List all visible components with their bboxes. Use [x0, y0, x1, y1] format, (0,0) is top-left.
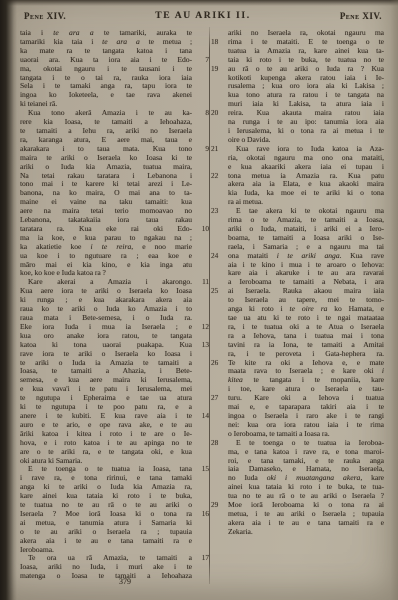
- verse-text: reira. Kua akauta maira ratou iaia: [228, 109, 384, 118]
- verse-text: ariki o Iuda kia Amazia, tuatua maira,: [20, 163, 192, 172]
- verse-text: Ioasa, te tamaiti a Ahazia, i Bete-: [20, 367, 192, 376]
- text-line: ariki no Iseraela ra, okotai ngauru ma: [211, 29, 384, 38]
- verse-text: kua tono atura ra ratou i te tangata na: [228, 91, 384, 100]
- verse-text: anga ki roto i te oire ra ko Hamata, e: [228, 305, 384, 314]
- verse-text: ariki o Iuda, mataiti, i ariki ei a Iero…: [228, 225, 384, 234]
- verse-text: a Ieroboama te tamaiti a Nebata, i ara: [228, 278, 384, 287]
- verse-text: oire o Davida.: [228, 136, 384, 145]
- verse-number: [194, 528, 209, 537]
- verse-text: koe, ko koe e Iuda katoa ra ?: [20, 269, 192, 278]
- verse-number: [194, 439, 209, 448]
- verse-number: [194, 29, 209, 38]
- text-line: māro mai ei kia kino, e kia inga atu: [20, 261, 209, 270]
- verse-text: rima i te mataiti. E te toenga o te: [228, 38, 384, 47]
- text-line: raua mata i Bete-semesa, i o Iuda ra.: [20, 314, 209, 323]
- text-line: maine ei vaine na taku tamaiti: kua: [20, 198, 209, 207]
- verse-number: [194, 38, 209, 47]
- verse-text: te tamaiti a Iehu ra, ariki no Iseraela: [20, 127, 192, 136]
- verse-text: Eke iora Iuda i mua ia Iseraela ; e: [20, 323, 192, 332]
- text-line: anga ki te ariki o Iuda kia Amazia ra,: [20, 483, 209, 492]
- text-line: kua tono atura ra ratou i te tangata na: [211, 91, 384, 100]
- verse-text: Kua rave iora to Iuda katoa ia Aza-: [228, 145, 384, 154]
- text-line: banona, na ko maira, O mai ana to ta-: [20, 189, 209, 198]
- verse-text: aere na maira tetai terio momoavao no: [20, 207, 192, 216]
- verse-text: ka mate ra te tangata katoa i tana: [20, 47, 192, 56]
- verse-number: 8: [194, 109, 209, 118]
- verse-text: tona metua ia Amazia ra. Kua patu: [228, 172, 384, 181]
- verse-number: [194, 65, 209, 74]
- verse-text: kare ainei kua tataia ki roto i te buka,: [20, 492, 192, 501]
- page-number: 379: [103, 577, 147, 586]
- verse-text: Kare akerai a Amazia i akarongo.: [20, 278, 192, 287]
- text-line: ra, karanga atura, E aere mai, taua e: [20, 136, 209, 145]
- verse-number: 7: [194, 56, 209, 65]
- text-line: auro e te ario, e ope rava ake, e te au: [20, 421, 209, 430]
- verse-text: te ngutupa i Epheraima e tae ua atura: [20, 394, 192, 403]
- text-line: muri iaia ki Lakisa, ta atura iaia i: [211, 100, 384, 109]
- verse-text: tua no te au rā o te au ariki o Iseraela…: [228, 492, 384, 501]
- verse-text: rusalema ; kua oro iora aia ki Lakisa ;: [228, 82, 384, 91]
- text-line: 18rima i te mataiti. E te toenga o te: [211, 38, 384, 47]
- text-line: tuatua ia Amazia ra, kare ainei kua ta-: [211, 47, 384, 56]
- verse-text: rave iora te ariki o Iseraela ko Ioasa i: [20, 350, 192, 359]
- text-line: rave iora te ariki o Iseraela ko Ioasa i: [20, 350, 209, 359]
- text-line: e kua akaariki akera iaia ei tupau i: [211, 163, 384, 172]
- verse-text: ki teianei rā.: [20, 100, 192, 109]
- verse-number: [211, 341, 226, 350]
- text-line: ingoa ko Ioketeela, e tae rava akenei: [20, 91, 209, 100]
- verse-number: [194, 189, 209, 198]
- text-line: akera aia ia Elata, e kua akaoki maira: [211, 180, 384, 189]
- text-line: ma, okotai ngauru i te tausani i te: [20, 65, 209, 74]
- verse-number: [194, 376, 209, 385]
- verse-number: [194, 572, 209, 581]
- verse-text: Lebanona, takatakaiia iora taua rakau: [20, 216, 192, 225]
- text-line: te ngutupa i Epheraima e tae ua atura: [20, 394, 209, 403]
- verse-number: [211, 296, 226, 305]
- verse-number: [194, 82, 209, 91]
- verse-text: no Iuda oki i muatangana akera, kare: [228, 474, 384, 483]
- verse-number: [211, 127, 226, 136]
- verse-number: [194, 421, 209, 430]
- text-line: Eke iora Iuda i mua ia Iseraela ; e12: [20, 323, 209, 332]
- verse-text: ma ia koe, e kua parau to ngakau na ;: [20, 234, 192, 243]
- verse-number: 21: [211, 145, 226, 154]
- verse-number: [211, 74, 226, 83]
- verse-text: akera aia i te au e tana tamaiti ra e: [228, 519, 384, 528]
- verse-number: 12: [194, 323, 209, 332]
- verse-number: 9: [194, 145, 209, 154]
- text-line: anere i te kubiti. E kua rave aia i te14: [20, 412, 209, 421]
- verse-text: E te toenga o te tuatua ia Ioasa, tana: [20, 465, 192, 474]
- verse-text: tae ua atu ki te roto i te ngai mataataa: [228, 314, 384, 323]
- verse-number: 15: [194, 465, 209, 474]
- text-line: Kua aere iora te ariki o Iseraela ko Ioa…: [20, 287, 209, 296]
- verse-text: i Ierusalema, ki o tona ra ai metua i te: [228, 127, 384, 136]
- verse-number: [211, 91, 226, 100]
- text-line: oire o Davida.: [211, 136, 384, 145]
- verse-text: uaorai ara. Kua ta iora aia i te Edo-: [20, 56, 192, 65]
- verse-text: na runga i te au ipo: tanumia iora aia: [228, 118, 384, 127]
- verse-text: Zekaria.: [228, 528, 384, 537]
- verse-number: 10: [194, 225, 209, 234]
- running-head: Pene XIV. TE AU ARIKI II. Pene XIV.: [24, 11, 382, 23]
- text-line: Kua tono akerā Amazia i te au ka-8: [20, 109, 209, 118]
- verse-text: ma, okotai ngauru i te tausani i te: [20, 65, 192, 74]
- verse-text: tono mai i te karere ki tetai arezi i Le…: [20, 180, 192, 189]
- verse-number: 14: [194, 412, 209, 421]
- verse-number: [211, 367, 226, 376]
- verse-text: taia i te ara a te tamariki, auraka te: [20, 29, 192, 38]
- verse-text: Iseraela ? Moe iorā Ioasa ki o tona ra: [20, 510, 192, 519]
- verse-number: [194, 519, 209, 528]
- text-line: uaorai ara. Kua ta iora aia i te Edo-7: [20, 56, 209, 65]
- text-line: ka akatietie koe i te reira, e noo marie: [20, 243, 209, 252]
- verse-number: [211, 314, 226, 323]
- text-line: Ieroboama.: [20, 546, 209, 555]
- text-line: Sela i te tamaki anga ra, tapu iora te: [20, 82, 209, 91]
- verse-number: [211, 448, 226, 457]
- verse-text: metua, i te au ariki o Iseraela ; tupaui…: [228, 510, 384, 519]
- text-line: na runga i te au ipo: tanumia iora aia: [211, 118, 384, 127]
- verse-text: o Ieroboama, te tamaiti a Ioasa ra.: [228, 430, 384, 439]
- text-line: 26Te kite ra oki a Iehova e, e mate: [211, 359, 384, 368]
- text-line: maata rava to Iseraela ; e kare oki i: [211, 367, 384, 376]
- verse-text: maine ei vaine na taku tamaiti: kua: [20, 198, 192, 207]
- verse-text: o te au ariki o Iseraela ra ; tupauia: [20, 528, 192, 537]
- running-head-book-title: TE AU ARIKI II.: [24, 10, 382, 21]
- verse-number: [211, 305, 226, 314]
- text-line: Kare akerai a Amazia i akarongo.11: [20, 278, 209, 287]
- verse-number: [194, 198, 209, 207]
- text-line: ki runga ; e kua akarakara akera aia: [20, 296, 209, 305]
- text-line: to Iseraela au tapere, mei te tomo-: [211, 296, 384, 305]
- verse-number: [211, 180, 226, 189]
- verse-text: ai Iseraela. Rauka akaou maira iaia: [228, 287, 384, 296]
- text-line: kia Iuda, ka moe ei te ariki ki o tona: [211, 189, 384, 198]
- verse-text: Ieroboama.: [20, 546, 192, 555]
- text-line: koe, ko koe e Iuda katoa ra ?: [20, 269, 209, 278]
- text-line: te ariki o Iuda ia Amazia te tamaiti a: [20, 359, 209, 368]
- verse-text: āriki katoa i kitea i roto i te are o Ie…: [20, 430, 192, 439]
- text-line: o te au ariki o Iseraela ra ; tupauia: [20, 528, 209, 537]
- verse-text: e kua akaariki akera iaia ei tupau i: [228, 163, 384, 172]
- verse-number: [211, 465, 226, 474]
- verse-number: 11: [194, 278, 209, 287]
- text-line: ariki o Iuda kia Amazia, tuatua maira,: [20, 163, 209, 172]
- scanned-book-page: Pene XIV. TE AU ARIKI II. Pene XIV. taia…: [0, 0, 398, 600]
- verse-number: [211, 189, 226, 198]
- verse-number: [211, 510, 226, 519]
- verse-number: 26: [211, 359, 226, 368]
- text-line: kitea te tangata i te mopaniia, kare: [211, 376, 384, 385]
- verse-text: boama, te tamaiti a Ioasa ariki o Ise-: [228, 234, 384, 243]
- verse-text: kotikoti kupenga akera ratou iaia i Ie-: [228, 74, 384, 83]
- text-line: i toe, kare atura o Iseraela e tau-: [211, 385, 384, 394]
- verse-text: oki atura ki Samaria.: [20, 457, 192, 466]
- verse-number: [194, 359, 209, 368]
- verse-text: mai e, e taparapara takiri aia i te: [228, 403, 384, 412]
- verse-number: [194, 350, 209, 359]
- verse-text: ua koe i to ngutuare ra ; eaa koe e: [20, 252, 192, 261]
- text-line: metua, i te au ariki o Iseraela ; tupaui…: [211, 510, 384, 519]
- text-line: ai metua, e tanumia atura i Samaria ki: [20, 519, 209, 528]
- text-line: i Ierusalema, ki o tona ra ai metua i te: [211, 127, 384, 136]
- verse-text: Kua tono akerā Amazia i te au ka-: [20, 109, 192, 118]
- verse-text: turu. Kare oki a Iehova i tuatua: [228, 394, 384, 403]
- verse-number: [194, 563, 209, 572]
- text-line: 24ona mataiti i te ariki anga. Kua rave: [211, 252, 384, 261]
- verse-text: Te ora ua rā Amazia, te tamaiti a: [20, 554, 192, 563]
- running-head-chapter-right: Pene XIV.: [340, 11, 382, 21]
- text-line: taratara ra. Kua eke rai oki Edo-10: [20, 225, 209, 234]
- verse-number: 19: [211, 65, 226, 74]
- verse-text: raela, i Samaria ; e a ngauru ma tai: [228, 243, 384, 252]
- verse-number: 16: [194, 510, 209, 519]
- verse-number: [211, 216, 226, 225]
- verse-number: [194, 537, 209, 546]
- text-line: rere kia Ioasa, te tamaiti a Iehoahaza,: [20, 118, 209, 127]
- verse-number: [211, 225, 226, 234]
- verse-number: [194, 207, 209, 216]
- text-line: akera aia i te au e tana tamaiti ra e: [211, 519, 384, 528]
- verse-number: [194, 287, 209, 296]
- verse-number: [211, 474, 226, 483]
- verse-number: [194, 252, 209, 261]
- text-line: Na tetai rakau taratara i Lebanona i: [20, 172, 209, 181]
- verse-text: te ariki o Iuda ia Amazia te tamaiti a: [20, 359, 192, 368]
- text-line: nei: kua ora iora ratou iaia i te rima: [211, 421, 384, 430]
- text-line: te tuatua no te au rā o te au ariki o: [20, 501, 209, 510]
- text-line: boama, te tamaiti a Ioasa ariki o Ise-: [211, 234, 384, 243]
- verse-number: [194, 394, 209, 403]
- verse-number: [211, 261, 226, 270]
- text-line: roi, e tana tamaki, e te rauka anga: [211, 457, 384, 466]
- verse-text: ria, okotai ngauru ma ono ona mataiti,: [228, 154, 384, 163]
- text-line: tavini ra ia Iona, te tamaiti a Amitai: [211, 341, 384, 350]
- text-line: taia i te ara a te tamariki, auraka te: [20, 29, 209, 38]
- verse-text: banona, na ko maira, O mai ana to ta-: [20, 189, 192, 198]
- text-line: Ioasa, te tamaiti a Ahazia, i Bete-: [20, 367, 209, 376]
- text-line: rusalema ; kua oro iora aia ki Lakisa ;: [211, 82, 384, 91]
- verse-text: aia i te kino i mua i te aroaro o Iehova…: [228, 261, 384, 270]
- text-line: Te ora ua rā Amazia, te tamaiti a17: [20, 554, 209, 563]
- verse-text: akera aia i te au e tana tamaiti ra e: [20, 537, 192, 546]
- text-line: 29Moe iorā Ieroboama ki o tona ra ai: [211, 501, 384, 510]
- text-line: ua koe i to ngutuare ra ; eaa koe e: [20, 252, 209, 261]
- verse-number: [194, 296, 209, 305]
- verse-number: [211, 412, 226, 421]
- verse-number: 29: [211, 501, 226, 510]
- text-line: Ioasa, ariki no Iuda, i muri ake i te: [20, 563, 209, 572]
- text-line: Iseraela ? Moe iorā Ioasa ki o tona ra16: [20, 510, 209, 519]
- verse-text: au rā o te au ariki o Iuda ra ? Kua: [228, 65, 384, 74]
- text-line: are o te ariki ra, e te tangata oki, e k…: [20, 448, 209, 457]
- verse-number: [211, 82, 226, 91]
- text-line: iaia Damaseko, e Hamata, no Iseraela,: [211, 465, 384, 474]
- text-line: 20reira. Kua akauta maira ratou iaia: [211, 109, 384, 118]
- verse-text: tavini ra ia Iona, te tamaiti a Amitai: [228, 341, 384, 350]
- text-line: kotikoti kupenga akera ratou iaia i Ie-: [211, 74, 384, 83]
- text-line: Lebanona, takatakaiia iora taua rakau: [20, 216, 209, 225]
- text-line: aere na maira tetai terio momoavao no: [20, 207, 209, 216]
- verse-text: maira te ariki o Iseraela ko Ioasa ki te: [20, 154, 192, 163]
- verse-text: ra, i te peroveta i Gata-hephera ra.: [228, 350, 384, 359]
- text-line: 21Kua rave iora to Iuda katoa ia Aza-: [211, 145, 384, 154]
- text-line: ma ia koe, e kua parau to ngakau na ;: [20, 234, 209, 243]
- page-top-edge-shadow: [0, 0, 398, 6]
- text-line: tae ua atu ki te roto i te ngai mataataa: [211, 314, 384, 323]
- text-line: kua oro anake iora ratou, te tangata: [20, 332, 209, 341]
- verse-text: maata rava to Iseraela ; e kare oki i: [228, 367, 384, 376]
- text-line: e kua vava'i i te patu i Ierusalema, mei: [20, 385, 209, 394]
- text-line: āriki katoa i kitea i roto i te are o Ie…: [20, 430, 209, 439]
- verse-number: [194, 474, 209, 483]
- verse-number: 20: [211, 109, 226, 118]
- column-divider-rule: [209, 27, 210, 584]
- verse-number: [211, 323, 226, 332]
- verse-number: [194, 154, 209, 163]
- verse-text: raua mata i Bete-semesa, i o Iuda ra.: [20, 314, 192, 323]
- verse-number: [194, 367, 209, 376]
- verse-number: [194, 385, 209, 394]
- verse-text: E tae akera ki te okotai ngauru ma: [228, 207, 384, 216]
- verse-text: ai metua, e tanumia atura i Samaria ki: [20, 519, 192, 528]
- verse-text: ingoa o Iseraela i raro ake i te rangi: [228, 412, 384, 421]
- text-line: 22tona metua ia Amazia ra. Kua patu: [211, 172, 384, 181]
- text-line: o Ieroboama, te tamaiti a Ioasa ra.: [211, 430, 384, 439]
- verse-number: [211, 269, 226, 278]
- verse-text: kitea te tangata i te mopaniia, kare: [228, 376, 384, 385]
- verse-number: [211, 47, 226, 56]
- text-line: anga ki roto i te oire ra ko Hamata, e: [211, 305, 384, 314]
- verse-text: Na tetai rakau taratara i Lebanona i: [20, 172, 192, 181]
- text-line: ria, okotai ngauru ma ono ona mataiti,: [211, 154, 384, 163]
- text-line: raela, i Samaria ; e a ngauru ma tai: [211, 243, 384, 252]
- verse-text: anga ki te ariki o Iuda kia Amazia ra,: [20, 483, 192, 492]
- verse-number: 28: [211, 439, 226, 448]
- verse-text: ra ai metua.: [228, 198, 384, 207]
- text-line: ma, e tana katoa i rave ra, e tona maroi…: [211, 448, 384, 457]
- verse-number: [194, 305, 209, 314]
- verse-text: Te kite ra oki a Iehova e, e mate: [228, 359, 384, 368]
- text-line: ra, i te tuatua oki a te Atua o Iseraela: [211, 323, 384, 332]
- verse-number: 22: [211, 172, 226, 181]
- verse-number: 18: [211, 38, 226, 47]
- text-line: hova, e i roto katoa i te au apinga no t…: [20, 439, 209, 448]
- text-line: 28E te toenga o te tuatua ia Ieroboa-: [211, 439, 384, 448]
- text-line: ra ai metua.: [211, 198, 384, 207]
- verse-text: Kua aere iora te ariki o Iseraela ko Ioa…: [20, 287, 192, 296]
- text-line: aia i te kino i mua i te aroaro o Iehova…: [211, 261, 384, 270]
- verse-text: ra, karanga atura, E aere mai, taua e: [20, 136, 192, 145]
- text-line: akera aia i te au e tana tamaiti ra e: [20, 537, 209, 546]
- verse-text: nei: kua ora iora ratou iaia i te rima: [228, 421, 384, 430]
- text-line: ra, i te peroveta i Gata-hephera ra.: [211, 350, 384, 359]
- verse-text: kia Iuda, ka moe ei te ariki ki o tona: [228, 189, 384, 198]
- verse-number: [194, 430, 209, 439]
- verse-number: 23: [211, 207, 226, 216]
- verse-number: [194, 172, 209, 181]
- text-line: kare ainei kua tataia ki roto i te buka,: [20, 492, 209, 501]
- verse-text: Sela i te tamaki anga ra, tapu iora te: [20, 82, 192, 91]
- text-line: i rave ra, e tona ririnui, e tana tamaki: [20, 474, 209, 483]
- verse-number: 27: [211, 394, 226, 403]
- text-line: ariki o Iuda, mataiti, i ariki ei a Iero…: [211, 225, 384, 234]
- text-line: tono mai i te karere ki tetai arezi i Le…: [20, 180, 209, 189]
- verse-number: 25: [211, 287, 226, 296]
- left-text-column: taia i te ara a te tamariki, auraka teta…: [20, 29, 209, 581]
- verse-text: to Iseraela au tapere, mei te tomo-: [228, 296, 384, 305]
- text-line: ki teianei rā.: [20, 100, 209, 109]
- verse-number: [211, 403, 226, 412]
- text-line: tua no te au rā o te au ariki o Iseraela…: [211, 492, 384, 501]
- text-line: tangata i te o tai ra, rauka iora iaia: [20, 74, 209, 83]
- text-line: akarakara i to taua mata. Kua tono9: [20, 145, 209, 154]
- verse-text: ki runga ; e kua akarakara akera aia: [20, 296, 192, 305]
- verse-text: ingoa ko Ioketeela, e tae rava akenei: [20, 91, 192, 100]
- verse-text: akarakara i to taua mata. Kua tono: [20, 145, 192, 154]
- verse-text: ma, e tana katoa i rave ra, e tona maroi…: [228, 448, 384, 457]
- verse-number: [194, 483, 209, 492]
- text-line: raua ko te ariki o Iuda ko Amazia i to: [20, 305, 209, 314]
- verse-number: [194, 118, 209, 127]
- verse-number: [194, 234, 209, 243]
- text-line: maira te ariki o Iseraela ko Ioasa ki te: [20, 154, 209, 163]
- verse-number: [194, 180, 209, 189]
- text-line: kare aia i akaruke i te au ara ravarai: [211, 269, 384, 278]
- verse-number: [211, 457, 226, 466]
- text-line: taia ki roto i te buka, te tuatua no te: [211, 56, 384, 65]
- verse-text: māro mai ei kia kino, e kia inga atu: [20, 261, 192, 270]
- verse-number: 13: [194, 341, 209, 350]
- verse-text: iaia Damaseko, e Hamata, no Iseraela,: [228, 465, 384, 474]
- text-line: ki te ngutupa i te poo patu ra, e a: [20, 403, 209, 412]
- verse-text: muri iaia ki Lakisa, ta atura iaia i: [228, 100, 384, 109]
- verse-text: tuatua ia Amazia ra, kare ainei kua ta-: [228, 47, 384, 56]
- text-line: ka mate ra te tangata katoa i tana: [20, 47, 209, 56]
- text-line: ra a Iehova, tana i tuatua mai i tona: [211, 332, 384, 341]
- verse-number: [194, 163, 209, 172]
- text-line: Zekaria.: [211, 528, 384, 537]
- text-line: 27turu. Kare oki a Iehova i tuatua: [211, 394, 384, 403]
- verse-text: auro e te ario, e ope rava ake, e te au: [20, 421, 192, 430]
- verse-number: [211, 154, 226, 163]
- verse-text: akera aia ia Elata, e kua akaoki maira: [228, 180, 384, 189]
- verse-text: ka akatietie koe i te reira, e noo marie: [20, 243, 192, 252]
- verse-text: Moe iorā Ieroboama ki o tona ra ai: [228, 501, 384, 510]
- verse-number: [194, 261, 209, 270]
- text-line: katoa ki tona uaorai puakapa. Kua13: [20, 341, 209, 350]
- text-line: te tamaiti a Iehu ra, ariki no Iseraela: [20, 127, 209, 136]
- verse-number: [211, 528, 226, 537]
- verse-text: tamariki kia taia i te ara a te metua ;: [20, 38, 192, 47]
- page-left-edge-shadow: [0, 0, 17, 600]
- verse-text: te tuatua no te au rā o te au ariki o: [20, 501, 192, 510]
- verse-number: [194, 74, 209, 83]
- page-right-edge-shadow: [390, 0, 398, 600]
- text-line: 19au rā o te au ariki o Iuda ra ? Kua: [211, 65, 384, 74]
- right-text-column: ariki no Iseraela ra, okotai ngauru ma18…: [211, 29, 384, 537]
- verse-text: ra, i te tuatua oki a te Atua o Iseraela: [228, 323, 384, 332]
- text-line: 25ai Iseraela. Rauka akaou maira iaia: [211, 287, 384, 296]
- verse-number: [194, 492, 209, 501]
- verse-text: katoa ki tona uaorai puakapa. Kua: [20, 341, 192, 350]
- verse-text: ra a Iehova, tana i tuatua mai i tona: [228, 332, 384, 341]
- text-line: tamariki kia taia i te ara a te metua ;: [20, 38, 209, 47]
- verse-number: [211, 234, 226, 243]
- verse-number: [194, 448, 209, 457]
